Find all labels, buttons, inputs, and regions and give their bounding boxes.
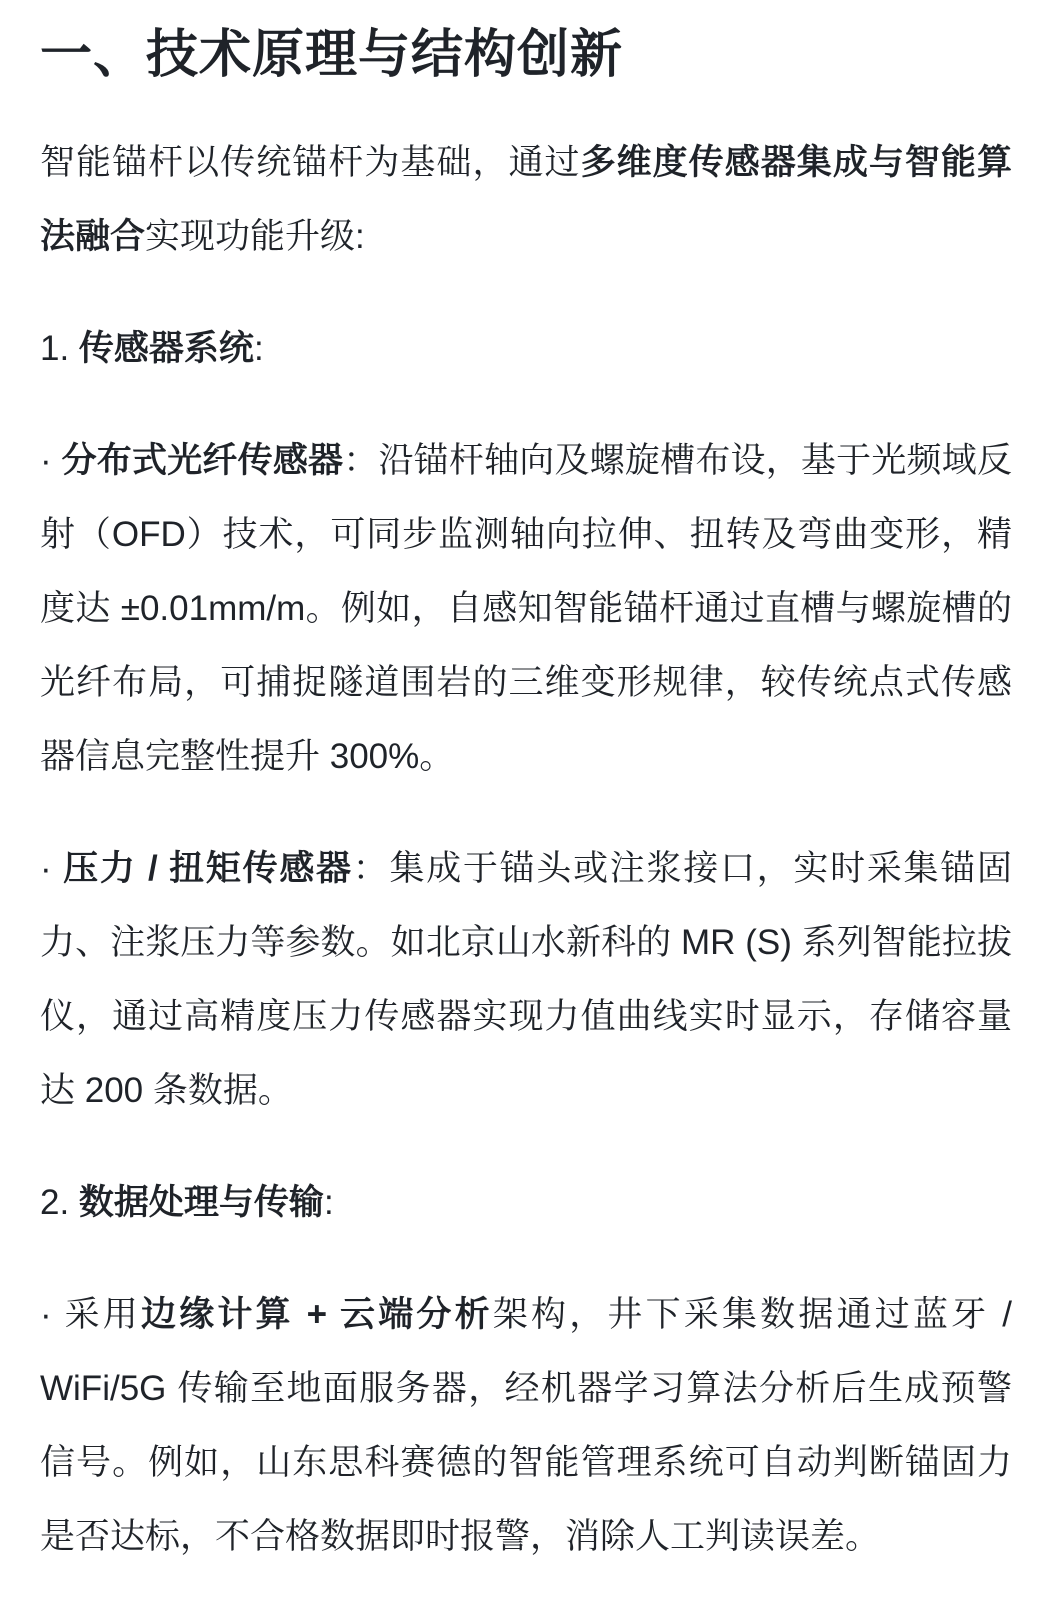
bullet-dot: · bbox=[40, 441, 62, 480]
list-number: 1. bbox=[40, 329, 79, 368]
text-run: 实现功能升级: bbox=[145, 217, 365, 256]
bold-text-run: 分布式光纤传感器 bbox=[62, 441, 344, 480]
numbered-heading-data-processing: 2. 数据处理与传输: bbox=[40, 1166, 1012, 1240]
bullet-paragraph-pressure-sensor: · 压力 / 扭矩传感器：集成于锚头或注浆接口，实时采集锚固力、注浆压力等参数。… bbox=[40, 832, 1012, 1128]
bold-text-run: 边缘计算 + 云端分析 bbox=[141, 1295, 493, 1334]
text-run: ：集成于锚头或注浆接口，实时采集锚固力、注浆压力等参数。如北京山水新科的 MR … bbox=[40, 849, 1012, 1110]
numbered-heading-sensor-system: 1. 传感器系统: bbox=[40, 312, 1012, 386]
document-page: 一、技术原理与结构创新 智能锚杆以传统锚杆为基础，通过多维度传感器集成与智能算法… bbox=[0, 0, 1057, 1600]
bold-text-run: 传感器系统 bbox=[79, 329, 254, 368]
bullet-dot: · 采用 bbox=[40, 1295, 141, 1334]
text-run: : bbox=[254, 329, 264, 368]
bullet-paragraph-edge-computing: · 采用边缘计算 + 云端分析架构，井下采集数据通过蓝牙 / WiFi/5G 传… bbox=[40, 1278, 1012, 1574]
bullet-paragraph-fiber-sensor: · 分布式光纤传感器：沿锚杆轴向及螺旋槽布设，基于光频域反射（OFD）技术，可同… bbox=[40, 424, 1012, 794]
bold-text-run: 数据处理与传输 bbox=[79, 1183, 324, 1222]
text-run: 智能锚杆以传统锚杆为基础，通过 bbox=[40, 143, 581, 182]
intro-paragraph: 智能锚杆以传统锚杆为基础，通过多维度传感器集成与智能算法融合实现功能升级: bbox=[40, 126, 1012, 274]
bold-text-run: 压力 / 扭矩传感器 bbox=[63, 849, 353, 888]
text-run: 架构，井下采集数据通过蓝牙 / WiFi/5G 传输至地面服务器，经机器学习算法… bbox=[40, 1295, 1012, 1556]
bullet-dot: · bbox=[40, 849, 63, 888]
section-heading: 一、技术原理与结构创新 bbox=[40, 24, 1012, 86]
list-number: 2. bbox=[40, 1183, 79, 1222]
text-run: : bbox=[324, 1183, 334, 1222]
text-run: ：沿锚杆轴向及螺旋槽布设，基于光频域反射（OFD）技术，可同步监测轴向拉伸、扭转… bbox=[40, 441, 1012, 776]
